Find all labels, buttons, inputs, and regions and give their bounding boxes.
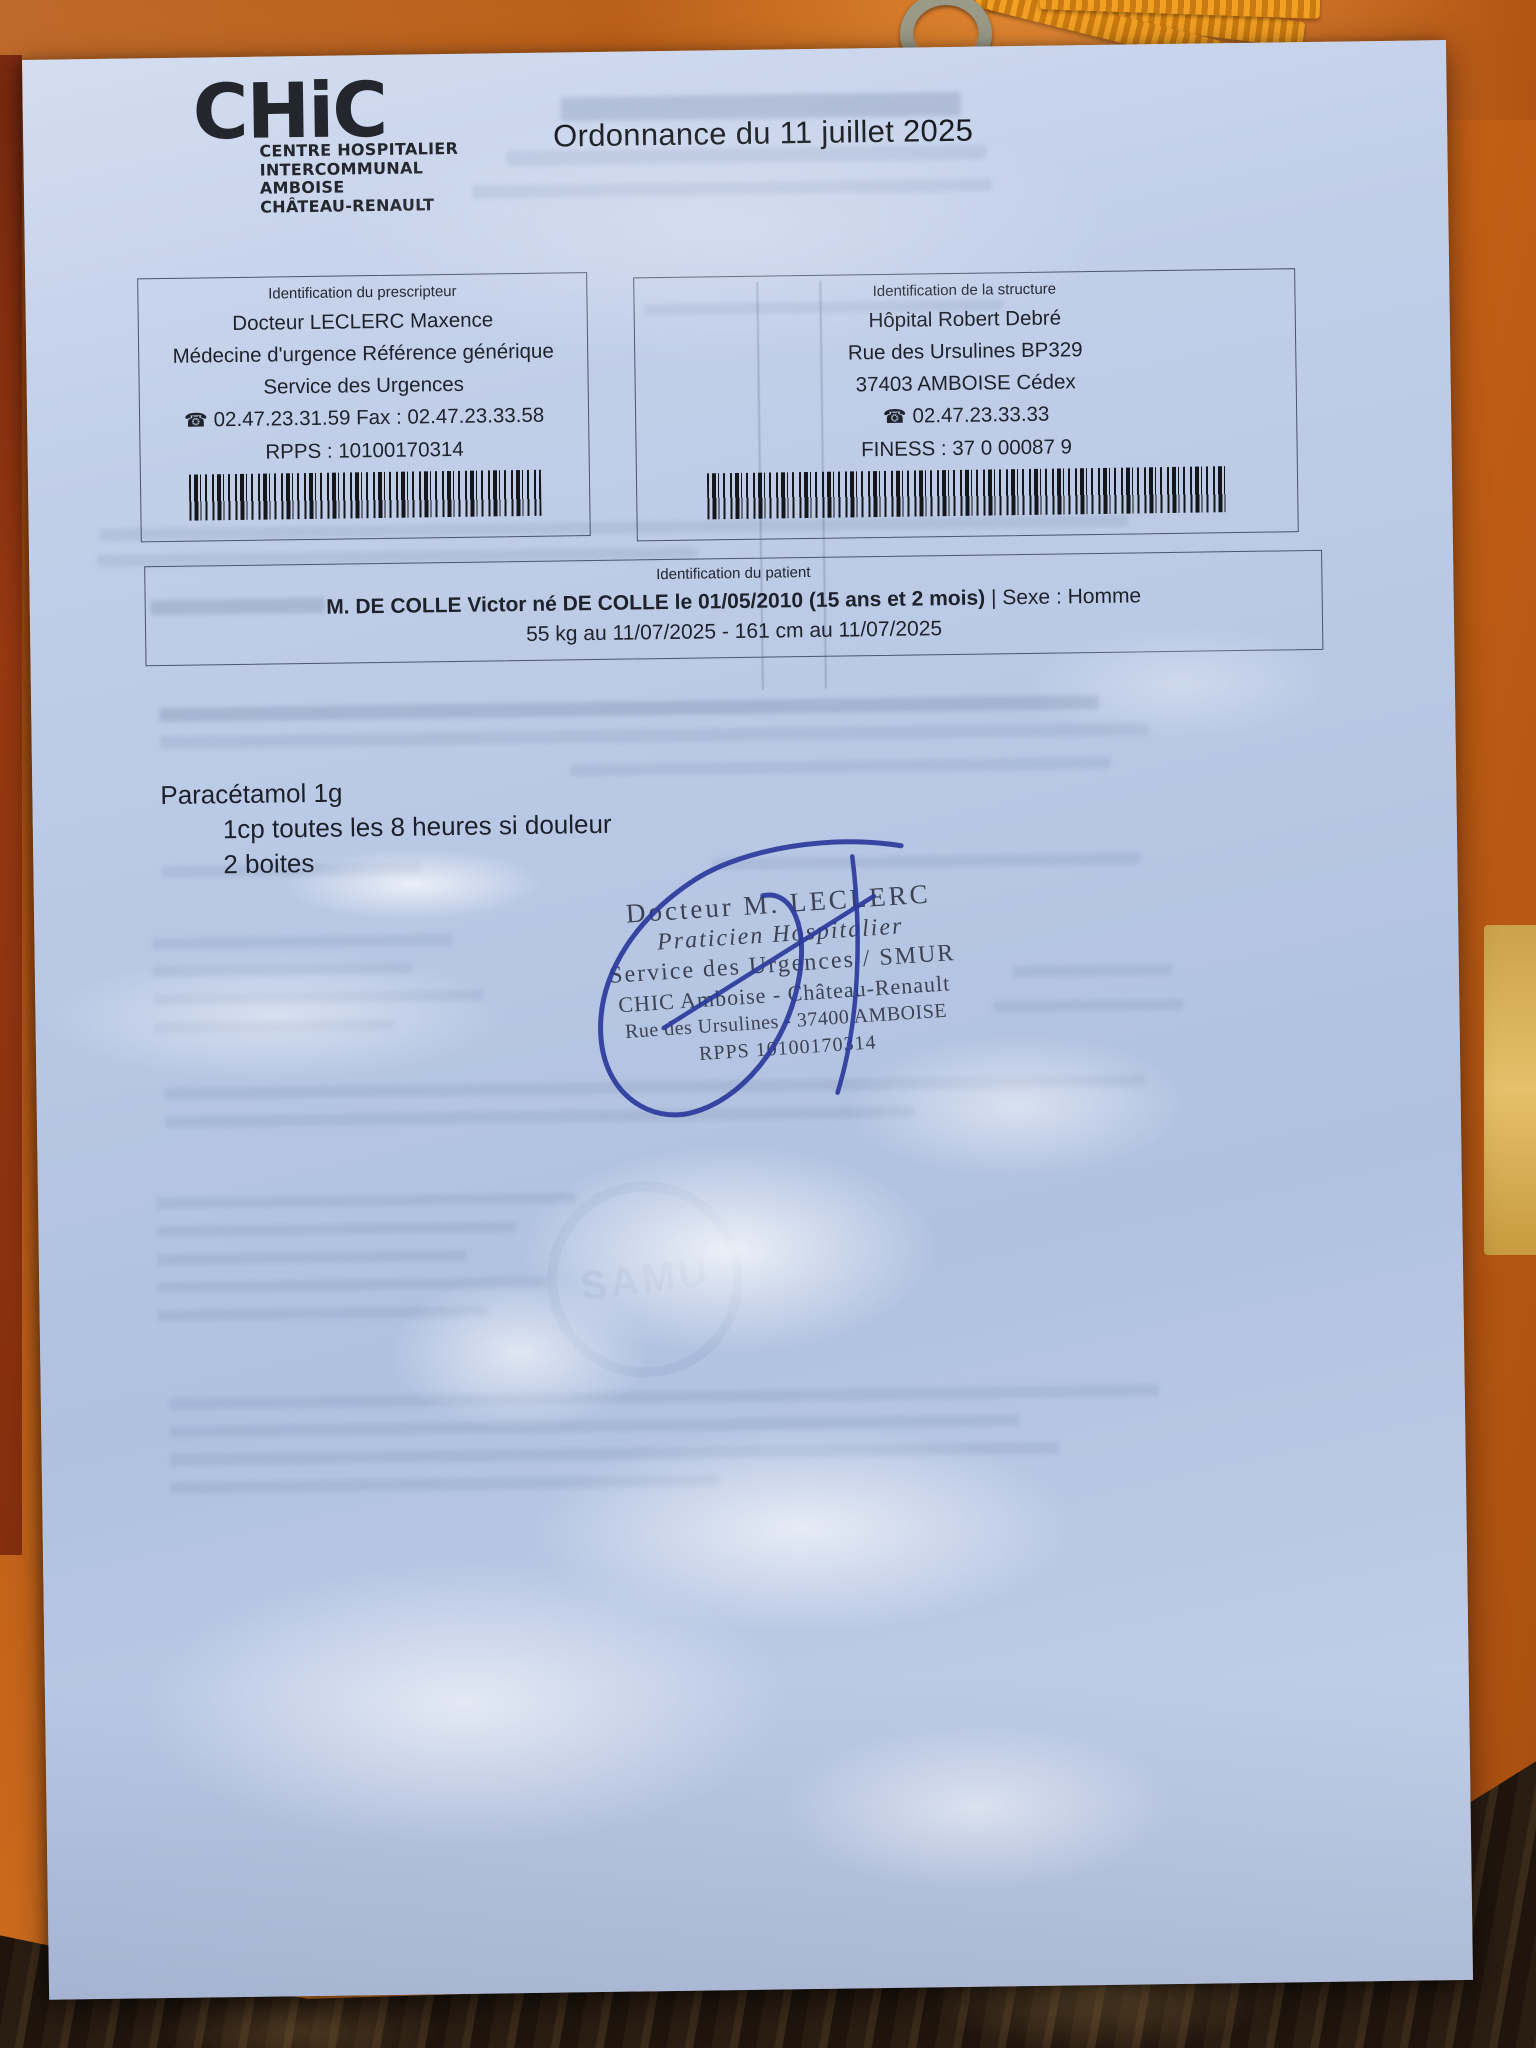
patient-box: Identification du patient M. DE COLLE Vi… — [144, 550, 1323, 666]
prescriber-rpps: RPPS : 10100170314 — [140, 432, 588, 470]
prescription-dosage: 1cp toutes les 8 heures si douleur — [223, 809, 612, 845]
bleed-through-line — [157, 1277, 547, 1293]
bleed-through-line — [156, 1221, 516, 1237]
phone-icon: ☎ — [184, 410, 208, 431]
prescriber-barcode — [189, 470, 542, 521]
bleed-through-line — [570, 757, 1110, 777]
prescriber-phone-line: ☎02.47.23.31.59 Fax : 02.47.23.33.58 — [140, 399, 588, 438]
prescriber-box: Identification du prescripteur Docteur L… — [137, 272, 591, 542]
bleed-through-line — [164, 1074, 1144, 1100]
bleed-through-line — [169, 1384, 1159, 1410]
bleed-through-line — [156, 1192, 576, 1209]
bleed-through-line — [153, 963, 413, 978]
prescription-drug: Paracétamol 1g — [160, 778, 343, 812]
bleed-through-line — [170, 1442, 1060, 1466]
structure-box: Identification de la structure Hôpital R… — [633, 268, 1299, 541]
logo-acronym: CHiC — [192, 74, 458, 148]
patient-identity: M. DE COLLE Victor né DE COLLE le 01/05/… — [326, 587, 985, 619]
structure-barcode — [707, 466, 1228, 519]
bleed-through-line — [472, 178, 992, 198]
samu-watermark-text: SAMU — [578, 1249, 712, 1309]
logo-org-line: CHÂTEAU-RENAULT — [260, 195, 459, 216]
bleed-through-line — [157, 1250, 467, 1265]
hospital-logo: CHiC CENTRE HOSPITALIER INTERCOMMUNAL AM… — [192, 74, 459, 218]
prescription-quantity: 2 boites — [223, 848, 315, 880]
prescription-sheet: CHiC CENTRE HOSPITALIER INTERCOMMUNAL AM… — [22, 40, 1473, 2000]
doctor-stamp: Docteur M. LECLERC Praticien Hospitalier… — [558, 873, 1009, 1076]
prescriber-specialty: Médecine d'urgence Référence générique — [139, 335, 587, 373]
phone-icon: ☎ — [883, 407, 907, 428]
bleed-through-line — [993, 999, 1183, 1013]
folder-inner-sheet — [1484, 925, 1536, 1255]
logo-org-name: CENTRE HOSPITALIER INTERCOMMUNAL AMBOISE… — [259, 140, 459, 217]
prescriber-phone: 02.47.23.31.59 Fax : 02.47.23.33.58 — [214, 404, 545, 432]
bleed-through-line — [160, 722, 1150, 749]
bleed-through-line — [1013, 964, 1173, 977]
logo-org-line: CENTRE HOSPITALIER — [259, 140, 458, 161]
bleed-through-line — [153, 990, 483, 1006]
bleed-through-line — [158, 1306, 488, 1322]
folder-left-edge — [0, 55, 22, 1555]
bleed-through-line — [165, 1106, 915, 1128]
bleed-through-line — [169, 1414, 1019, 1438]
bleed-through-line — [170, 1474, 720, 1494]
patient-sex: | Sexe : Homme — [985, 584, 1141, 609]
bleed-through-line — [152, 934, 452, 949]
bleed-through-line — [159, 695, 1099, 722]
bleed-through-line — [711, 852, 1141, 870]
bleed-through-line — [154, 1019, 394, 1033]
page-title: Ordonnance du 11 juillet 2025 — [443, 111, 1083, 156]
structure-phone: 02.47.23.33.33 — [912, 403, 1049, 428]
